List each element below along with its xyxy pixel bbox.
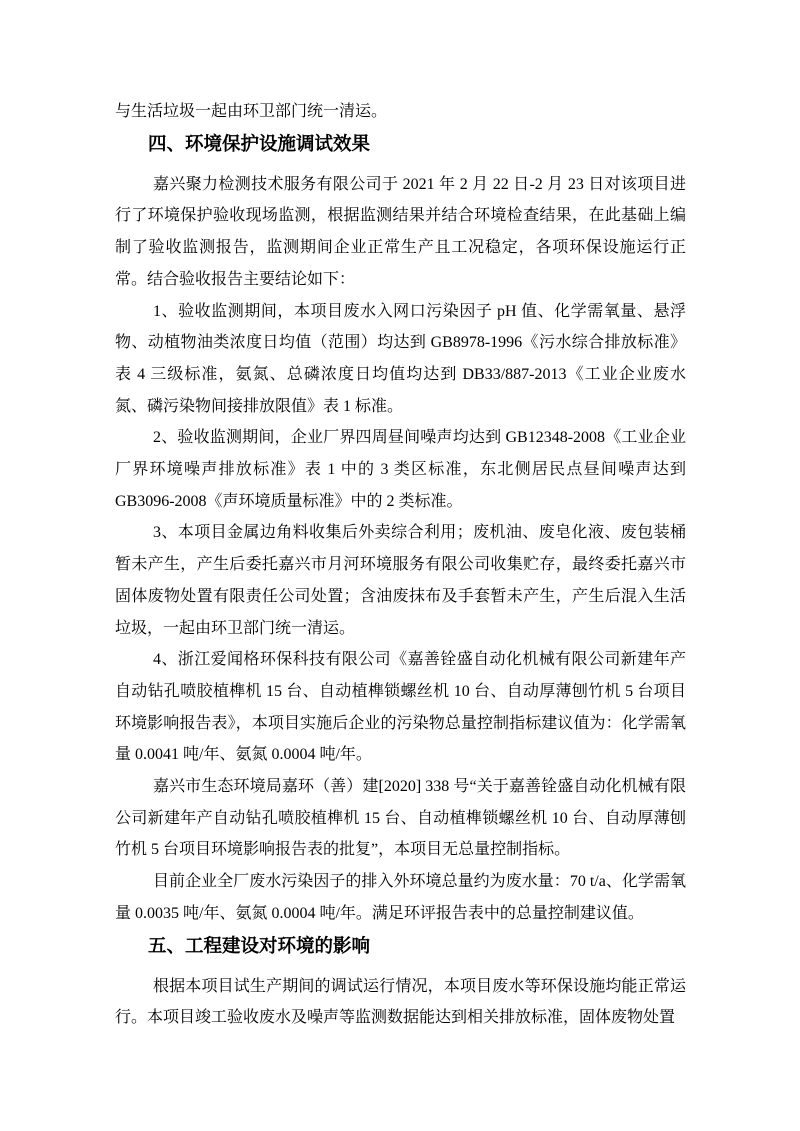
document-page: 与生活垃圾一起由环卫部门统一清运。 四、环境保护设施调试效果 嘉兴聚力检测技术服… xyxy=(0,0,800,1131)
paragraph: 4、浙江爱闻格环保科技有限公司《嘉善铨盛自动化机械有限公司新建年产自动钻孔喷胶植… xyxy=(115,644,686,771)
paragraph: 嘉兴聚力检测技术服务有限公司于 2021 年 2 月 22 日-2 月 23 日… xyxy=(115,169,686,296)
paragraph: 3、本项目金属边角料收集后外卖综合利用；废机油、废皂化液、废包装桶暂未产生，产生… xyxy=(115,517,686,644)
paragraph: 与生活垃圾一起由环卫部门统一清运。 xyxy=(115,96,686,128)
paragraph: 根据本项目试生产期间的调试运行情况，本项目废水等环保设施均能正常运行。本项目竣工… xyxy=(115,971,686,1034)
section-heading-5: 五、工程建设对环境的影响 xyxy=(115,931,686,964)
paragraph: 嘉兴市生态环境局嘉环（善）建[2020] 338 号“关于嘉善铨盛自动化机械有限… xyxy=(115,771,686,866)
document-body: 与生活垃圾一起由环卫部门统一清运。 四、环境保护设施调试效果 嘉兴聚力检测技术服… xyxy=(115,96,686,1034)
paragraph: 1、验收监测期间，本项目废水入网口污染因子 pH 值、化学需氧量、悬浮物、动植物… xyxy=(115,296,686,423)
paragraph: 目前企业全厂废水污染因子的排入外环境总量约为废水量：70 t/a、化学需氧量 0… xyxy=(115,866,686,929)
section-heading-4: 四、环境保护设施调试效果 xyxy=(115,129,686,162)
paragraph: 2、验收监测期间，企业厂界四周昼间噪声均达到 GB12348-2008《工业企业… xyxy=(115,422,686,517)
